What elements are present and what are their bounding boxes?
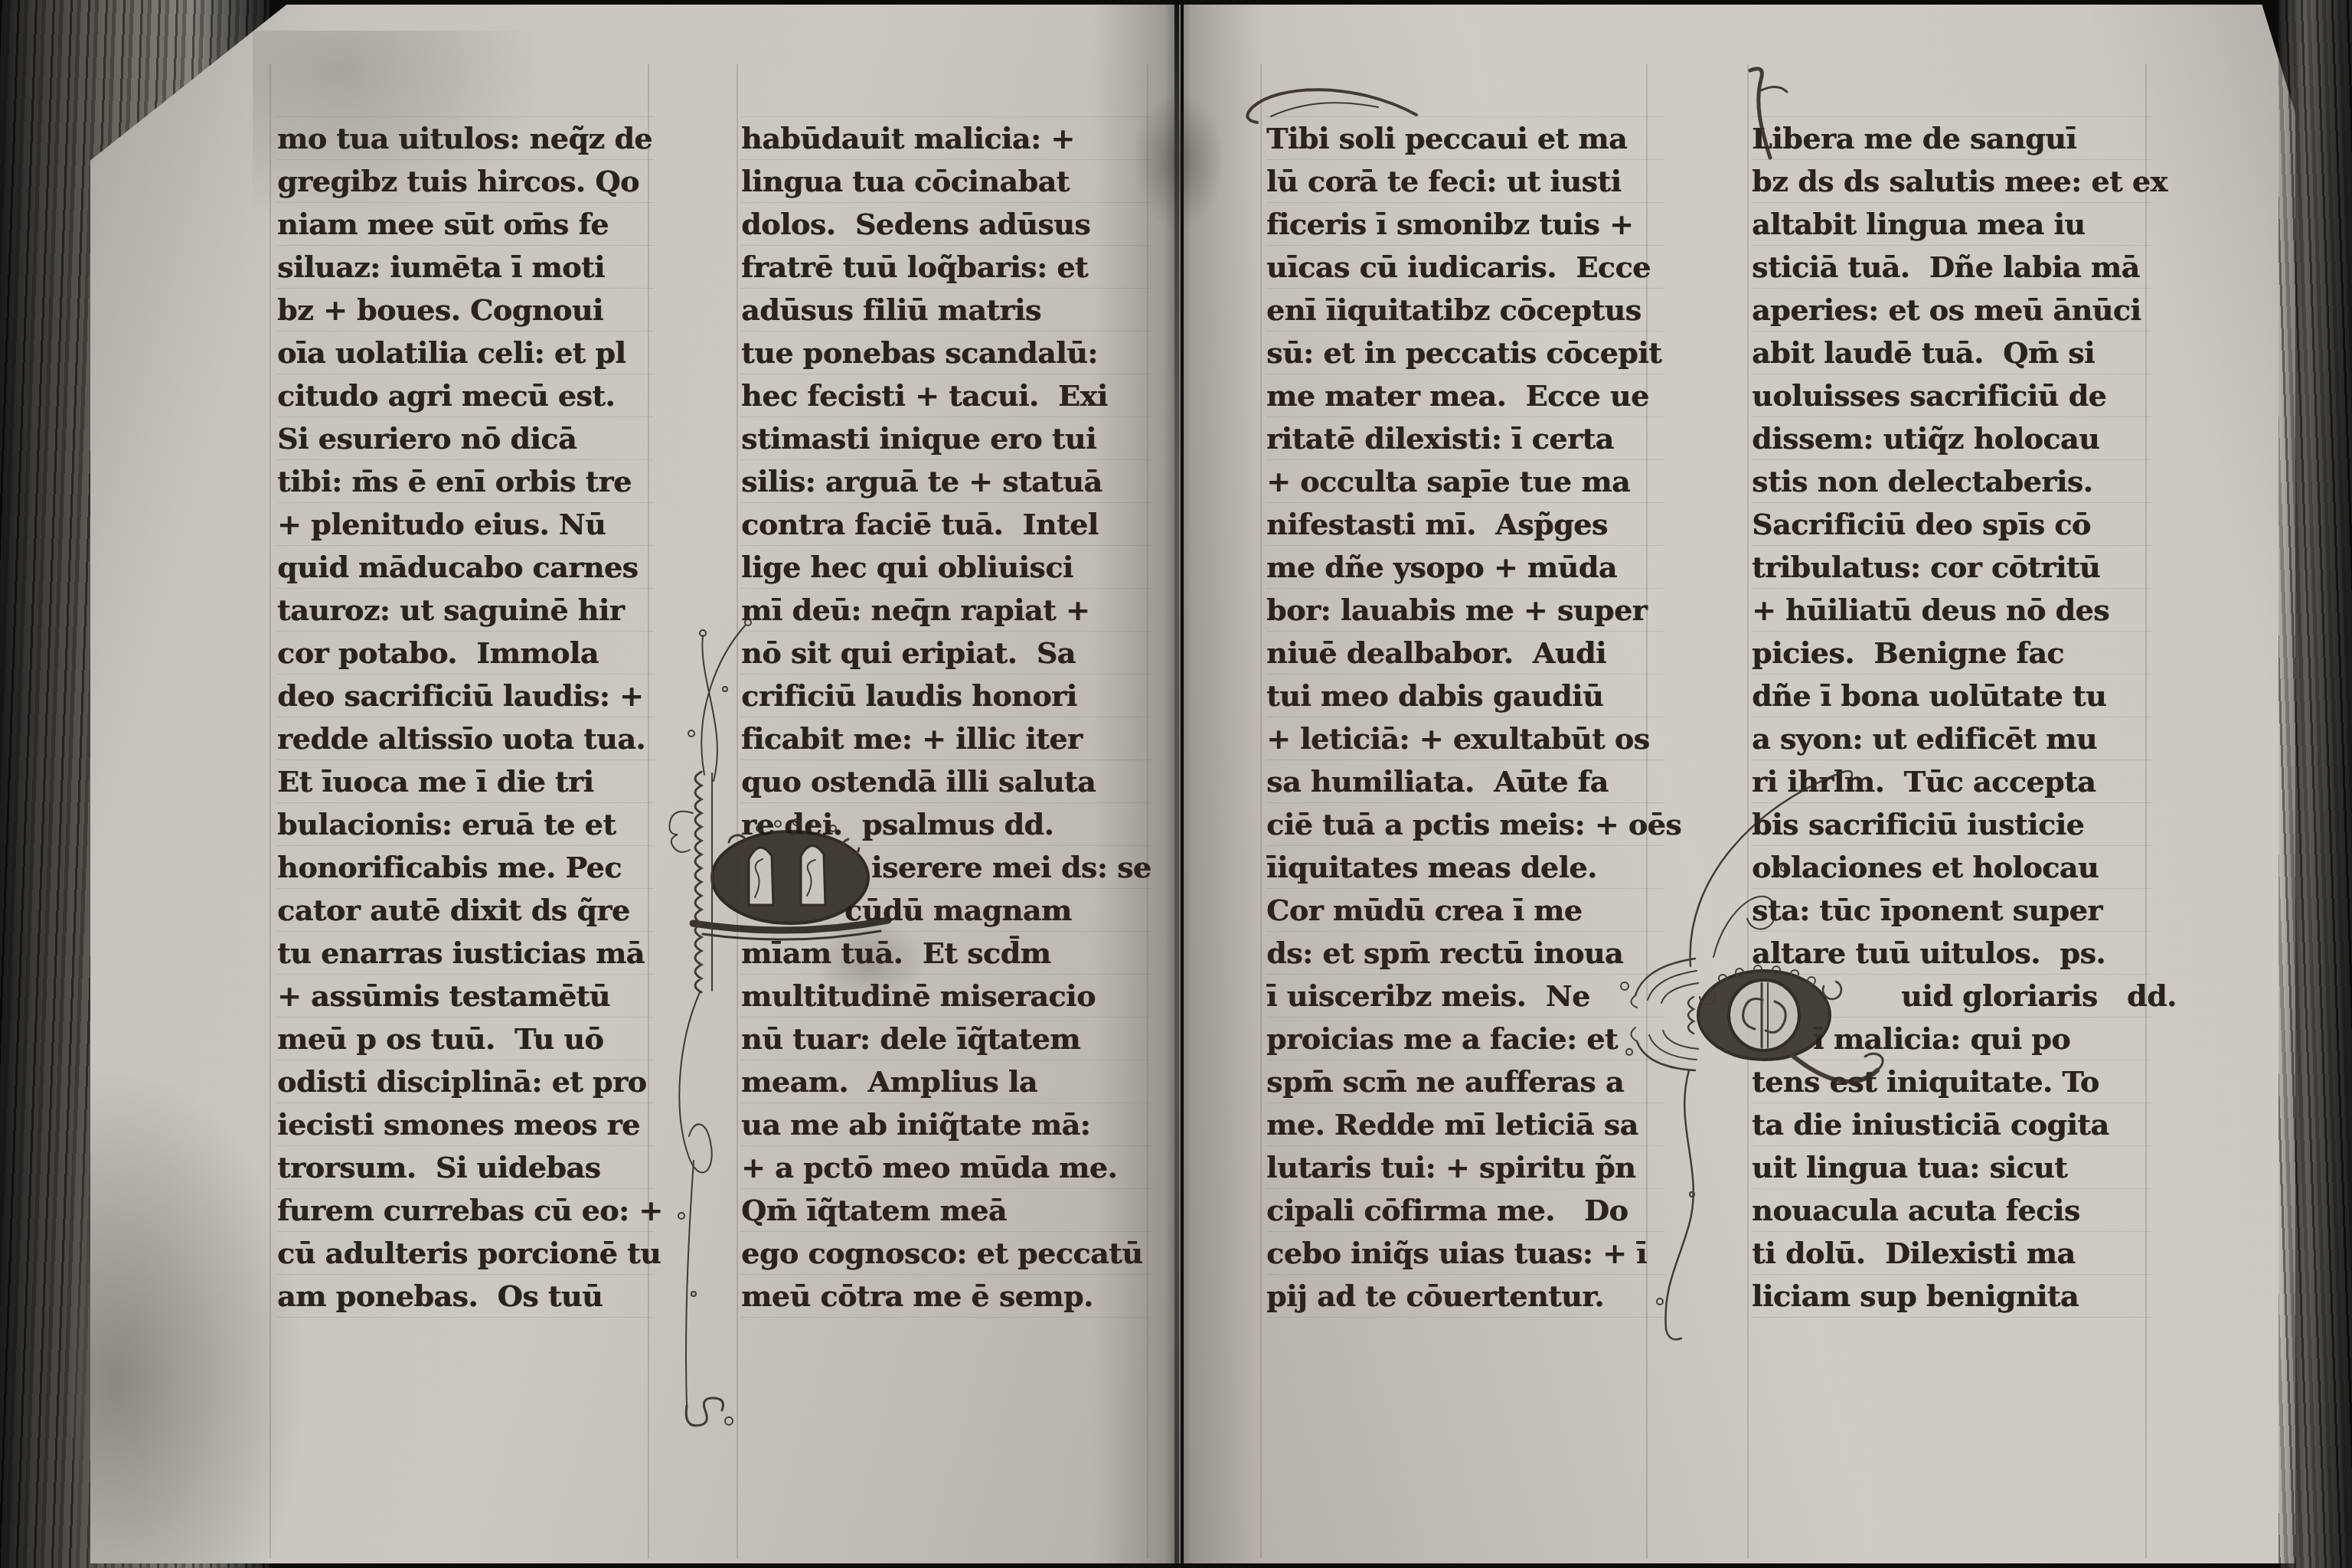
text-line: Cor mūdū crea ī me xyxy=(1266,888,1664,931)
text-line: Qm̄ īq̃tatem meā xyxy=(741,1188,1151,1231)
text-line: nū tuar: dele īq̃tatem xyxy=(741,1017,1151,1060)
text-line: ego cognosco: et peccatū xyxy=(741,1231,1151,1274)
text-line: Et īuoca me ī die tri xyxy=(277,759,654,802)
text-line: tu enarras iusticias mā xyxy=(277,931,654,974)
text-line: hec fecisti + tacui. Exi xyxy=(741,374,1151,416)
text-line: ua me ab iniq̃tate mā: xyxy=(741,1102,1151,1145)
text-line: lū corā te feci: ut iusti xyxy=(1266,159,1664,202)
text-line: quid māducabo carnes xyxy=(277,545,654,588)
text-line: stis non delectaberis. xyxy=(1752,459,2151,502)
text-line: multitudinē miseracio xyxy=(741,974,1151,1017)
text-line: tue ponebas scandalū: xyxy=(741,331,1151,374)
text-line: + a pctō meo mūda me. xyxy=(741,1145,1151,1188)
text-line: ī malicia: qui po xyxy=(1752,1017,2151,1060)
text-line: spm̄ scm̄ ne aufferas a xyxy=(1266,1060,1664,1102)
text-line: trorsum. Si uidebas xyxy=(277,1145,654,1188)
ruling-line-vertical xyxy=(737,64,738,1559)
text-line: dissem: utiq̃z holocau xyxy=(1752,416,2151,459)
text-line: furem currebas cū eo: + xyxy=(277,1188,654,1231)
text-line: niuē dealbabor. Audi xyxy=(1266,631,1664,674)
text-line: + plenitudo eius. Nū xyxy=(277,502,654,545)
text-line: niam mee sūt om̄s fe xyxy=(277,202,654,245)
text-line: bz ds ds salutis mee: et ex xyxy=(1752,159,2151,202)
text-line: + hūiliatū deus nō des xyxy=(1752,588,2151,631)
text-line: me mater mea. Ecce ue xyxy=(1266,374,1664,416)
text-line: enī īiquitatibz cōceptus xyxy=(1266,288,1664,331)
text-line: Si esuriero nō dicā xyxy=(277,416,654,459)
text-line: oīa uolatilia celi: et pl xyxy=(277,331,654,374)
ruling-line-vertical xyxy=(269,64,271,1559)
text-line: proicias me a facie: et xyxy=(1266,1017,1664,1060)
text-line: bulacionis: eruā te et xyxy=(277,802,654,845)
text-column-4: Libera me de sanguībz ds ds salutis mee:… xyxy=(1752,116,2151,1318)
text-line: + occulta sapīe tue ma xyxy=(1266,459,1664,502)
text-line: bis sacrificiū iusticie xyxy=(1752,802,2151,845)
text-line: ciē tuā a pctis meis: + oēs xyxy=(1266,802,1664,845)
text-line: am ponebas. Os tuū xyxy=(277,1274,654,1318)
text-column-2: habūdauit malicia: +lingua tua cōcinabat… xyxy=(741,116,1151,1318)
text-line: deo sacrificiū laudis: + xyxy=(277,674,654,717)
text-line: stimasti inique ero tui xyxy=(741,416,1151,459)
text-line: meū p os tuū. Tu uō xyxy=(277,1017,654,1060)
text-line: iecisti smones meos re xyxy=(277,1102,654,1145)
text-line: tribulatus: cor cōtritū xyxy=(1752,545,2151,588)
text-line: contra faciē tuā. Intel xyxy=(741,502,1151,545)
text-line: Libera me de sanguī xyxy=(1752,116,2151,159)
text-line: ficabit me: + illic iter xyxy=(741,717,1151,759)
text-line: pij ad te cōuertentur. xyxy=(1266,1274,1664,1318)
text-line: redde altissīo uota tua. xyxy=(277,717,654,759)
text-line: bor: lauabis me + super xyxy=(1266,588,1664,631)
text-line: meū cōtra me ē semp. xyxy=(741,1274,1151,1318)
text-column-3: Tibi soli peccaui et malū corā te feci: … xyxy=(1266,116,1664,1318)
text-column-1: mo tua uitulos: neq̃z degregibz tuis hir… xyxy=(277,116,654,1318)
text-line: tens est iniquitate. To xyxy=(1752,1060,2151,1102)
text-line: ri ihrlm. Tūc accepta xyxy=(1752,759,2151,802)
ruling-line-vertical xyxy=(1747,64,1749,1559)
text-line: meam. Amplius la xyxy=(741,1060,1151,1102)
text-line: Sacrificiū deo spīs cō xyxy=(1752,502,2151,545)
text-line: re dei. psalmus dd. xyxy=(741,802,1151,845)
text-line: dolos. Sedens adūsus xyxy=(741,202,1151,245)
text-line: sticiā tuā. Dñe labia mā xyxy=(1752,245,2151,288)
text-line: honorificabis me. Pec xyxy=(277,845,654,888)
text-line: uoluisses sacrificiū de xyxy=(1752,374,2151,416)
text-line: fratrē tuū loq̃baris: et xyxy=(741,245,1151,288)
text-line: iserere mei ds: se xyxy=(741,845,1151,888)
text-line: lutaris tui: + spiritu p̃n xyxy=(1266,1145,1664,1188)
text-line: mī deū: neq̄n rapiat + xyxy=(741,588,1151,631)
text-line: cū adulteris porcionē tu xyxy=(277,1231,654,1274)
text-line: ds: et spm̄ rectū inoua xyxy=(1266,931,1664,974)
text-line: ī uisceribz meis. Ne xyxy=(1266,974,1664,1017)
text-line: sa humiliata. Aūte fa xyxy=(1266,759,1664,802)
text-line: sū: et in peccatis cōcepit xyxy=(1266,331,1664,374)
text-line: altabit lingua mea iu xyxy=(1752,202,2151,245)
text-line: tibi: m̄s ē enī orbis tre xyxy=(277,459,654,502)
text-line: nouacula acuta fecis xyxy=(1752,1188,2151,1231)
text-line: gregibz tuis hircos. Qo xyxy=(277,159,654,202)
ruling-line-vertical xyxy=(1260,64,1262,1559)
text-line: ficeris ī smonibz tuis + xyxy=(1266,202,1664,245)
text-line: adūsus filiū matris xyxy=(741,288,1151,331)
text-line: tauroz: ut saguinē hir xyxy=(277,588,654,631)
text-line: cūdū magnam xyxy=(741,888,1151,931)
text-line: + assūmis testamētū xyxy=(277,974,654,1017)
text-line: Tibi soli peccaui et ma xyxy=(1266,116,1664,159)
text-line: sta: tūc īponent super xyxy=(1752,888,2151,931)
text-line: cipali cōfirma me. Do xyxy=(1266,1188,1664,1231)
text-line: me dñe ysopo + mūda xyxy=(1266,545,1664,588)
text-line: uīcas cū iudicaris. Ecce xyxy=(1266,245,1664,288)
text-line: citudo agri mecū est. xyxy=(277,374,654,416)
text-line: crificiū laudis honori xyxy=(741,674,1151,717)
manuscript-photo: mo tua uitulos: neq̃z degregibz tuis hir… xyxy=(0,0,2352,1568)
text-line: cator autē dixit ds q̃re xyxy=(277,888,654,931)
text-line: uit lingua tua: sicut xyxy=(1752,1145,2151,1188)
text-line: mīam tuā. Et scd̄m xyxy=(741,931,1151,974)
gutter-fold-line xyxy=(1174,0,1179,1568)
text-line: abit laudē tuā. Qm̄ si xyxy=(1752,331,2151,374)
text-line: uid gloriaris dd. xyxy=(1752,974,2151,1017)
text-line: īiquitates meas dele. xyxy=(1266,845,1664,888)
text-line: nifestasti mī. Asp̃ges xyxy=(1266,502,1664,545)
text-line: liciam sup benignita xyxy=(1752,1274,2151,1318)
text-line: habūdauit malicia: + xyxy=(741,116,1151,159)
text-line: quo ostendā illi saluta xyxy=(741,759,1151,802)
text-line: mo tua uitulos: neq̃z de xyxy=(277,116,654,159)
text-line: ti dolū. Dilexisti ma xyxy=(1752,1231,2151,1274)
text-line: bz + boues. Cognoui xyxy=(277,288,654,331)
text-line: oblaciones et holocau xyxy=(1752,845,2151,888)
text-line: altare tuū uitulos. ps. xyxy=(1752,931,2151,974)
text-line: ritatē dilexisti: ī certa xyxy=(1266,416,1664,459)
text-line: nō sit qui eripiat. Sa xyxy=(741,631,1151,674)
text-line: dñe ī bona uolūtate tu xyxy=(1752,674,2151,717)
text-line: lingua tua cōcinabat xyxy=(741,159,1151,202)
text-line: + leticiā: + exultabūt os xyxy=(1266,717,1664,759)
text-line: a syon: ut edificēt mu xyxy=(1752,717,2151,759)
text-line: aperies: et os meū ānūci xyxy=(1752,288,2151,331)
text-line: cor potabo. Immola xyxy=(277,631,654,674)
text-line: siluaz: iumēta ī moti xyxy=(277,245,654,288)
text-line: tui meo dabis gaudiū xyxy=(1266,674,1664,717)
text-line: cebo iniq̃s uias tuas: + ī xyxy=(1266,1231,1664,1274)
text-line: odisti disciplinā: et pro xyxy=(277,1060,654,1102)
text-line: lige hec qui obliuisci xyxy=(741,545,1151,588)
text-line: ta die iniusticiā cogita xyxy=(1752,1102,2151,1145)
text-line: me. Redde mī leticiā sa xyxy=(1266,1102,1664,1145)
text-line: silis: arguā te + statuā xyxy=(741,459,1151,502)
text-line: picies. Benigne fac xyxy=(1752,631,2151,674)
